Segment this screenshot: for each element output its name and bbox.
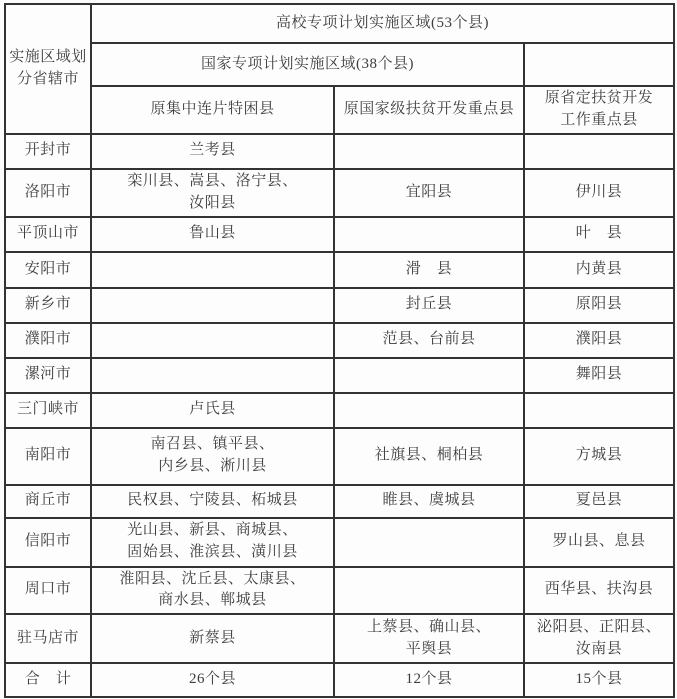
total-count-cell: 26个县 [91, 663, 334, 697]
table-row-luohe: 漯河市 舞阳县 [5, 358, 674, 393]
city-cell: 濮阳市 [5, 323, 91, 358]
city-cell: 信阳市 [5, 518, 91, 567]
table-row-total: 合 计 26个县 12个县 15个县 [5, 663, 674, 697]
county-cell [91, 288, 334, 323]
county-cell [334, 518, 524, 567]
county-cell: 内黄县 [524, 252, 674, 288]
county-cell: 上蔡县、确山县、 平舆县 [334, 614, 524, 663]
table-row-puyang: 濮阳市 范县、台前县 濮阳县 [5, 323, 674, 358]
table-row-kaifeng: 开封市 兰考县 [5, 134, 674, 169]
county-cell [334, 567, 524, 615]
county-cell: 方城县 [524, 428, 674, 485]
total-count-cell: 12个县 [334, 663, 524, 697]
table-row-sanmenxia: 三门峡市 卢氏县 [5, 393, 674, 428]
county-cell: 舞阳县 [524, 358, 674, 393]
table-row-xinyang: 信阳市 光山县、新县、商城县、 固始县、淮滨县、潢川县 罗山县、息县 [5, 518, 674, 567]
county-cell [524, 393, 674, 428]
county-cell [334, 393, 524, 428]
table-row-pingdingshan: 平顶山市 鲁山县 叶 县 [5, 217, 674, 252]
county-cell: 睢县、虞城县 [334, 485, 524, 518]
county-cell [334, 358, 524, 393]
total-label-cell: 合 计 [5, 663, 91, 697]
table-row-nanyang: 南阳市 南召县、镇平县、 内乡县、淅川县 社旗县、桐柏县 方城县 [5, 428, 674, 485]
col-header-provincial-poverty-counties: 原省定扶贫开发 工作重点县 [524, 86, 674, 134]
county-cell: 泌阳县、正阳县、 汝南县 [524, 614, 674, 663]
city-cell: 新乡市 [5, 288, 91, 323]
county-cell: 栾川县、嵩县、洛宁县、 汝阳县 [91, 169, 334, 217]
city-cell: 平顶山市 [5, 217, 91, 252]
city-cell: 驻马店市 [5, 614, 91, 663]
county-cell [524, 134, 674, 169]
county-cell: 新蔡县 [91, 614, 334, 663]
county-cell: 鲁山县 [91, 217, 334, 252]
county-cell: 南召县、镇平县、 内乡县、淅川县 [91, 428, 334, 485]
table-row-zhumadian: 驻马店市 新蔡县 上蔡县、确山县、 平舆县 泌阳县、正阳县、 汝南县 [5, 614, 674, 663]
table-row-xinxiang: 新乡市 封丘县 原阳县 [5, 288, 674, 323]
city-cell: 洛阳市 [5, 169, 91, 217]
county-cell: 濮阳县 [524, 323, 674, 358]
col-header-contiguous-poverty-counties: 原集中连片特困县 [91, 86, 334, 134]
corner-header-cell: 实施区域划 分省辖市 [5, 4, 91, 134]
table-row-anyang: 安阳市 滑 县 内黄县 [5, 252, 674, 288]
county-cell: 兰考县 [91, 134, 334, 169]
implementation-regions-table: 实施区域划 分省辖市 高校专项计划实施区域(53个县) 国家专项计划实施区域(3… [4, 3, 675, 698]
county-cell [91, 358, 334, 393]
county-cell: 原阳县 [524, 288, 674, 323]
header-national-plan-region: 国家专项计划实施区域(38个县) [91, 43, 524, 86]
county-cell: 伊川县 [524, 169, 674, 217]
county-cell [334, 134, 524, 169]
county-cell: 卢氏县 [91, 393, 334, 428]
county-cell: 滑 县 [334, 252, 524, 288]
total-count-cell: 15个县 [524, 663, 674, 697]
county-cell: 罗山县、息县 [524, 518, 674, 567]
city-cell: 安阳市 [5, 252, 91, 288]
county-cell: 民权县、宁陵县、柘城县 [91, 485, 334, 518]
county-cell: 封丘县 [334, 288, 524, 323]
county-cell: 夏邑县 [524, 485, 674, 518]
county-cell [91, 323, 334, 358]
county-cell: 光山县、新县、商城县、 固始县、淮滨县、潢川县 [91, 518, 334, 567]
county-cell: 范县、台前县 [334, 323, 524, 358]
county-cell: 淮阳县、沈丘县、太康县、 商水县、郸城县 [91, 567, 334, 615]
header-row-3: 原集中连片特困县 原国家级扶贫开发重点县 原省定扶贫开发 工作重点县 [5, 86, 674, 134]
col-header-national-poverty-counties: 原国家级扶贫开发重点县 [334, 86, 524, 134]
county-cell [91, 252, 334, 288]
county-cell [334, 217, 524, 252]
table-row-zhoukou: 周口市 淮阳县、沈丘县、太康县、 商水县、郸城县 西华县、扶沟县 [5, 567, 674, 615]
header-university-plan-region: 高校专项计划实施区域(53个县) [91, 4, 674, 43]
city-cell: 商丘市 [5, 485, 91, 518]
document-page: 实施区域划 分省辖市 高校专项计划实施区域(53个县) 国家专项计划实施区域(3… [0, 0, 677, 699]
header-row-1: 实施区域划 分省辖市 高校专项计划实施区域(53个县) [5, 4, 674, 43]
city-cell: 漯河市 [5, 358, 91, 393]
county-cell: 叶 县 [524, 217, 674, 252]
header-empty-cell [524, 43, 674, 86]
table-row-luoyang: 洛阳市 栾川县、嵩县、洛宁县、 汝阳县 宜阳县 伊川县 [5, 169, 674, 217]
table-row-shangqiu: 商丘市 民权县、宁陵县、柘城县 睢县、虞城县 夏邑县 [5, 485, 674, 518]
header-row-2: 国家专项计划实施区域(38个县) [5, 43, 674, 86]
county-cell: 宜阳县 [334, 169, 524, 217]
city-cell: 开封市 [5, 134, 91, 169]
county-cell: 社旗县、桐柏县 [334, 428, 524, 485]
city-cell: 南阳市 [5, 428, 91, 485]
city-cell: 周口市 [5, 567, 91, 615]
county-cell: 西华县、扶沟县 [524, 567, 674, 615]
city-cell: 三门峡市 [5, 393, 91, 428]
